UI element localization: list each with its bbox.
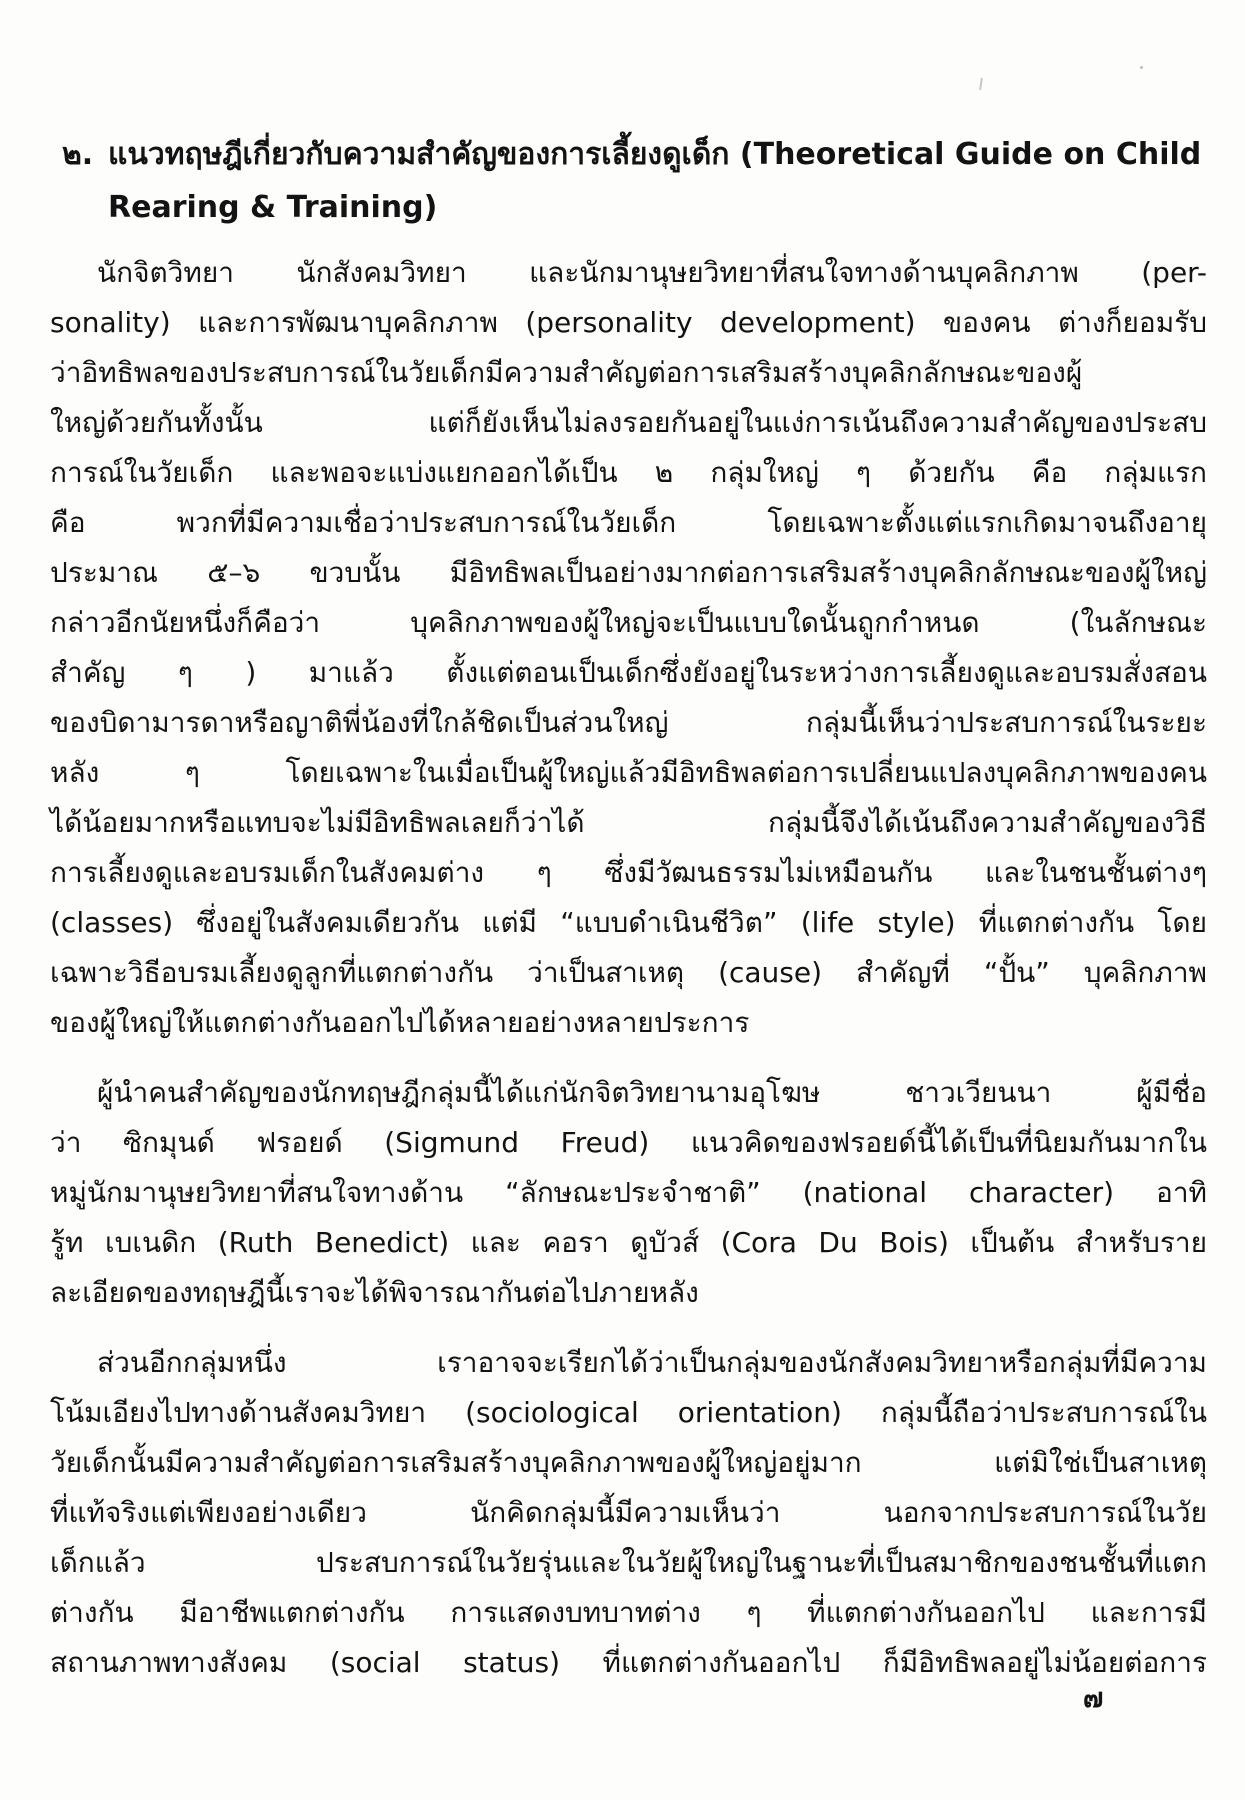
text-line: รู้ท เบเนดิก (Ruth Benedict) และ คอรา ดู… xyxy=(50,1218,1207,1268)
text-line: ที่แท้จริงแต่เพียงอย่างเดียว นักคิดกลุ่ม… xyxy=(50,1488,1207,1538)
text-line: ใหญ่ด้วยกันทั้งนั้น แต่ก็ยังเห็นไม่ลงรอย… xyxy=(50,398,1207,448)
scan-artifact xyxy=(979,78,983,90)
text-line: Rearing & Training) xyxy=(108,181,1201,234)
text-line: เด็กแล้ว ประสบการณ์ในวัยรุ่นและในวัยผู้ใ… xyxy=(50,1538,1207,1588)
text-line: การณ์ในวัยเด็ก และพอจะแบ่งแยกออกได้เป็น … xyxy=(50,448,1207,498)
text-line: แนวทฤษฎีเกี่ยวกับความสำคัญของการเลี้ยงดู… xyxy=(108,128,1201,181)
page-content: ๒. แนวทฤษฎีเกี่ยวกับความสำคัญของการเลี้ย… xyxy=(50,128,1207,1688)
text-line: ละเอียดของทฤษฎีนี้เราจะได้พิจารณากันต่อไ… xyxy=(50,1268,1207,1318)
text-line: sonality) และการพัฒนาบุคลิกภาพ (personal… xyxy=(50,298,1207,348)
text-line: โน้มเอียงไปทางด้านสังคมวิทยา (sociologic… xyxy=(50,1388,1207,1438)
text-line: การเลี้ยงดูและอบรมเด็กในสังคมต่าง ๆ ซึ่ง… xyxy=(50,848,1207,898)
text-line: ได้น้อยมากหรือแทบจะไม่มีอิทธิพลเลยก็ว่าไ… xyxy=(50,798,1207,848)
text-line: ของผู้ใหญ่ให้แตกต่างกันออกไปได้หลายอย่าง… xyxy=(50,998,1207,1048)
text-line: หมู่นักมานุษยวิทยาที่สนใจทางด้าน “ลักษณะ… xyxy=(50,1168,1207,1218)
paragraph-2: ผู้นำคนสำคัญของนักทฤษฎีกลุ่มนี้ได้แก่นัก… xyxy=(50,1068,1207,1318)
section-number: ๒. xyxy=(62,128,108,234)
text-line: ส่วนอีกกลุ่มหนึ่ง เราอาจจะเรียกได้ว่าเป็… xyxy=(50,1338,1207,1388)
text-line: สถานภาพทางสังคม (social status) ที่แตกต่… xyxy=(50,1638,1207,1688)
text-line: ประมาณ ๕–๖ ขวบนั้น มีอิทธิพลเป็นอย่างมาก… xyxy=(50,548,1207,598)
text-line: ว่าอิทธิพลของประสบการณ์ในวัยเด็กมีความสำ… xyxy=(50,348,1207,398)
text-line: หลัง ๆ โดยเฉพาะในเมื่อเป็นผู้ใหญ่แล้วมีอ… xyxy=(50,748,1207,798)
text-line: ของบิดามารดาหรือญาติพี่น้องที่ใกล้ชิดเป็… xyxy=(50,698,1207,748)
text-line: วัยเด็กนั้นมีความสำคัญต่อการเสริมสร้างบุ… xyxy=(50,1438,1207,1488)
text-line: (classes) ซึ่งอยู่ในสังคมเดียวกัน แต่มี … xyxy=(50,898,1207,948)
scan-artifact xyxy=(1140,66,1143,69)
paragraph-3: ส่วนอีกกลุ่มหนึ่ง เราอาจจะเรียกได้ว่าเป็… xyxy=(50,1338,1207,1688)
text-line: ผู้นำคนสำคัญของนักทฤษฎีกลุ่มนี้ได้แก่นัก… xyxy=(50,1068,1207,1118)
section-title: แนวทฤษฎีเกี่ยวกับความสำคัญของการเลี้ยงดู… xyxy=(108,128,1201,234)
text-line: ต่างกัน มีอาชีพแตกต่างกัน การแสดงบทบาทต่… xyxy=(50,1588,1207,1638)
page-number: ๗ xyxy=(1083,1676,1103,1719)
text-line: ว่า ซิกมุนด์ ฟรอยด์ (Sigmund Freud) แนวค… xyxy=(50,1118,1207,1168)
document-page: ๒. แนวทฤษฎีเกี่ยวกับความสำคัญของการเลี้ย… xyxy=(0,0,1245,1800)
text-line: คือ พวกที่มีความเชื่อว่าประสบการณ์ในวัยเ… xyxy=(50,498,1207,548)
text-line: นักจิตวิทยา นักสังคมวิทยา และนักมานุษยวิ… xyxy=(50,248,1207,298)
text-line: เฉพาะวิธีอบรมเลี้ยงดูลูกที่แตกต่างกัน ว่… xyxy=(50,948,1207,998)
text-line: สำคัญ ๆ ) มาแล้ว ตั้งแต่ตอนเป็นเด็กซึ่งย… xyxy=(50,648,1207,698)
text-line: กล่าวอีกนัยหนึ่งก็คือว่า บุคลิกภาพของผู้… xyxy=(50,598,1207,648)
section-heading: ๒. แนวทฤษฎีเกี่ยวกับความสำคัญของการเลี้ย… xyxy=(50,128,1207,234)
paragraph-1: นักจิตวิทยา นักสังคมวิทยา และนักมานุษยวิ… xyxy=(50,248,1207,1048)
